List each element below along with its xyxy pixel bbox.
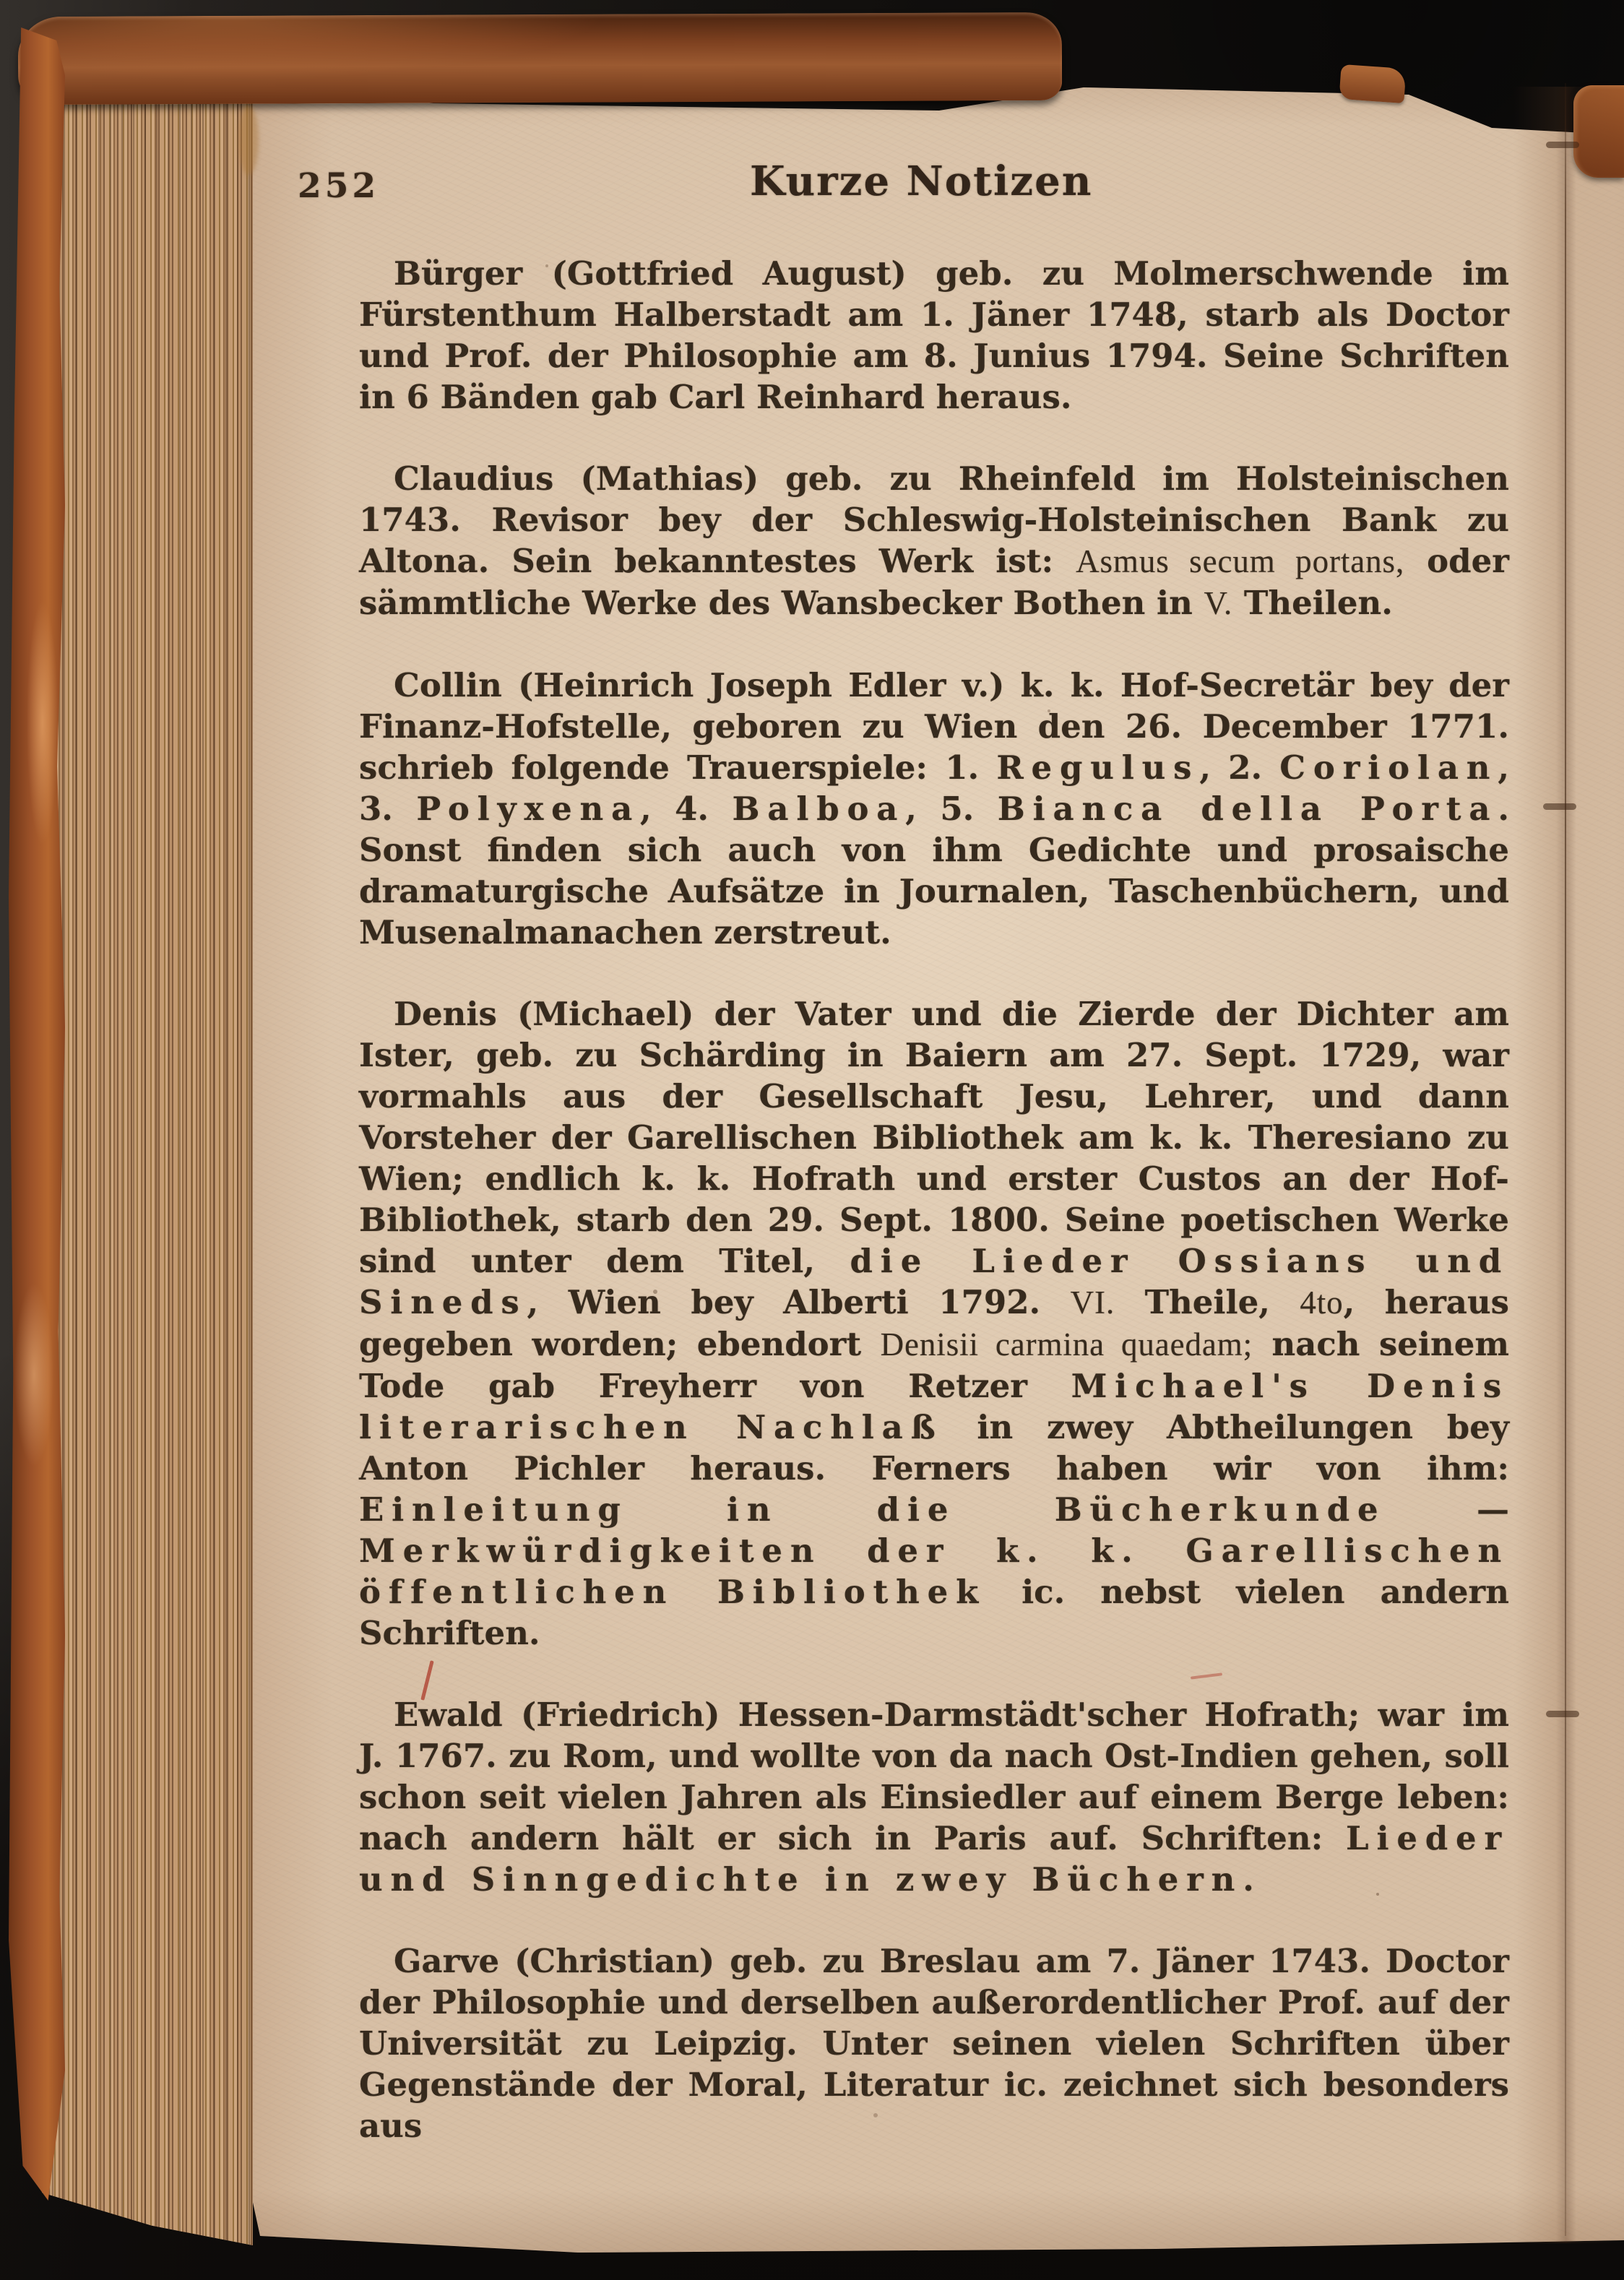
entry-ewald: Ewald (Friedrich) Hessen-Darmstädt'scher…: [359, 1694, 1509, 1900]
leather-cover-top-edge: [18, 12, 1063, 105]
entry-collin: Collin (Heinrich Joseph Edler v.) k. k. …: [359, 665, 1509, 953]
paper-specks: [0, 0, 3, 3]
segment-antiqua: V.: [1204, 585, 1232, 621]
segment-text: , Wien bey Alberti 1792.: [527, 1283, 1071, 1321]
binding-stitch: [1546, 1711, 1579, 1717]
entry-claudius: Claudius (Mathias) geb. zu Rheinfeld im …: [359, 458, 1509, 624]
segment-spaced: Bianca della Porta: [998, 790, 1498, 828]
segment-spaced: Einleitung in die Bücherkunde: [359, 1490, 1386, 1529]
binding-stitch: [1546, 142, 1579, 148]
page-number: 252: [298, 166, 379, 206]
gutter-crease: [1565, 83, 1566, 2236]
leather-cover-left-edge: [9, 27, 65, 2201]
binding-stitch: [1543, 803, 1576, 810]
segment-spaced: Polyxena: [416, 790, 640, 828]
segment-text: —: [1386, 1490, 1509, 1529]
segment-antiqua: 4to: [1300, 1284, 1343, 1321]
segment-text: Bürger (Gottfried August) geb. zu Molmer…: [359, 254, 1509, 416]
segment-antiqua: VI.: [1071, 1284, 1115, 1321]
segment-antiqua: Asmus secum portans,: [1076, 543, 1404, 579]
segment-text: Ewald (Friedrich) Hessen-Darmstädt'scher…: [359, 1696, 1509, 1857]
book-scan: 252 Kurze Notizen Bürger (Gottfried Augu…: [0, 0, 1624, 2280]
segment-antiqua: Denisii carmina quaedam;: [881, 1326, 1253, 1363]
segment-spaced: Coriolan: [1279, 748, 1498, 787]
segment-text: Denis (Michael) der Vater und die Zierde…: [359, 995, 1509, 1280]
segment-text: Theilen.: [1232, 584, 1393, 622]
paper-stain: [238, 105, 259, 175]
segment-text: Theile,: [1115, 1283, 1300, 1321]
running-header: Kurze Notizen: [750, 157, 1092, 205]
segment-text: Garve (Christian) geb. zu Breslau am 7. …: [359, 1942, 1509, 2145]
page-stack-fore-edge: [42, 49, 253, 2245]
entry-denis: Denis (Michael) der Vater und die Zierde…: [359, 993, 1509, 1654]
segment-text: , 2.: [1199, 748, 1279, 787]
segment-text: , 5.: [905, 790, 998, 828]
entry-garve: Garve (Christian) geb. zu Breslau am 7. …: [359, 1940, 1509, 2146]
gutter-shadow: [1513, 87, 1615, 2243]
segment-spaced: Regulus: [996, 748, 1199, 787]
segment-text: .: [1243, 1860, 1254, 1899]
segment-spaced: Balboa: [733, 790, 906, 828]
text-block: Bürger (Gottfried August) geb. zu Molmer…: [359, 253, 1509, 2146]
leather-fragment-top-right: [1339, 64, 1406, 103]
entry-buerger: Bürger (Gottfried August) geb. zu Molmer…: [359, 253, 1509, 418]
segment-text: , 4.: [640, 790, 733, 828]
